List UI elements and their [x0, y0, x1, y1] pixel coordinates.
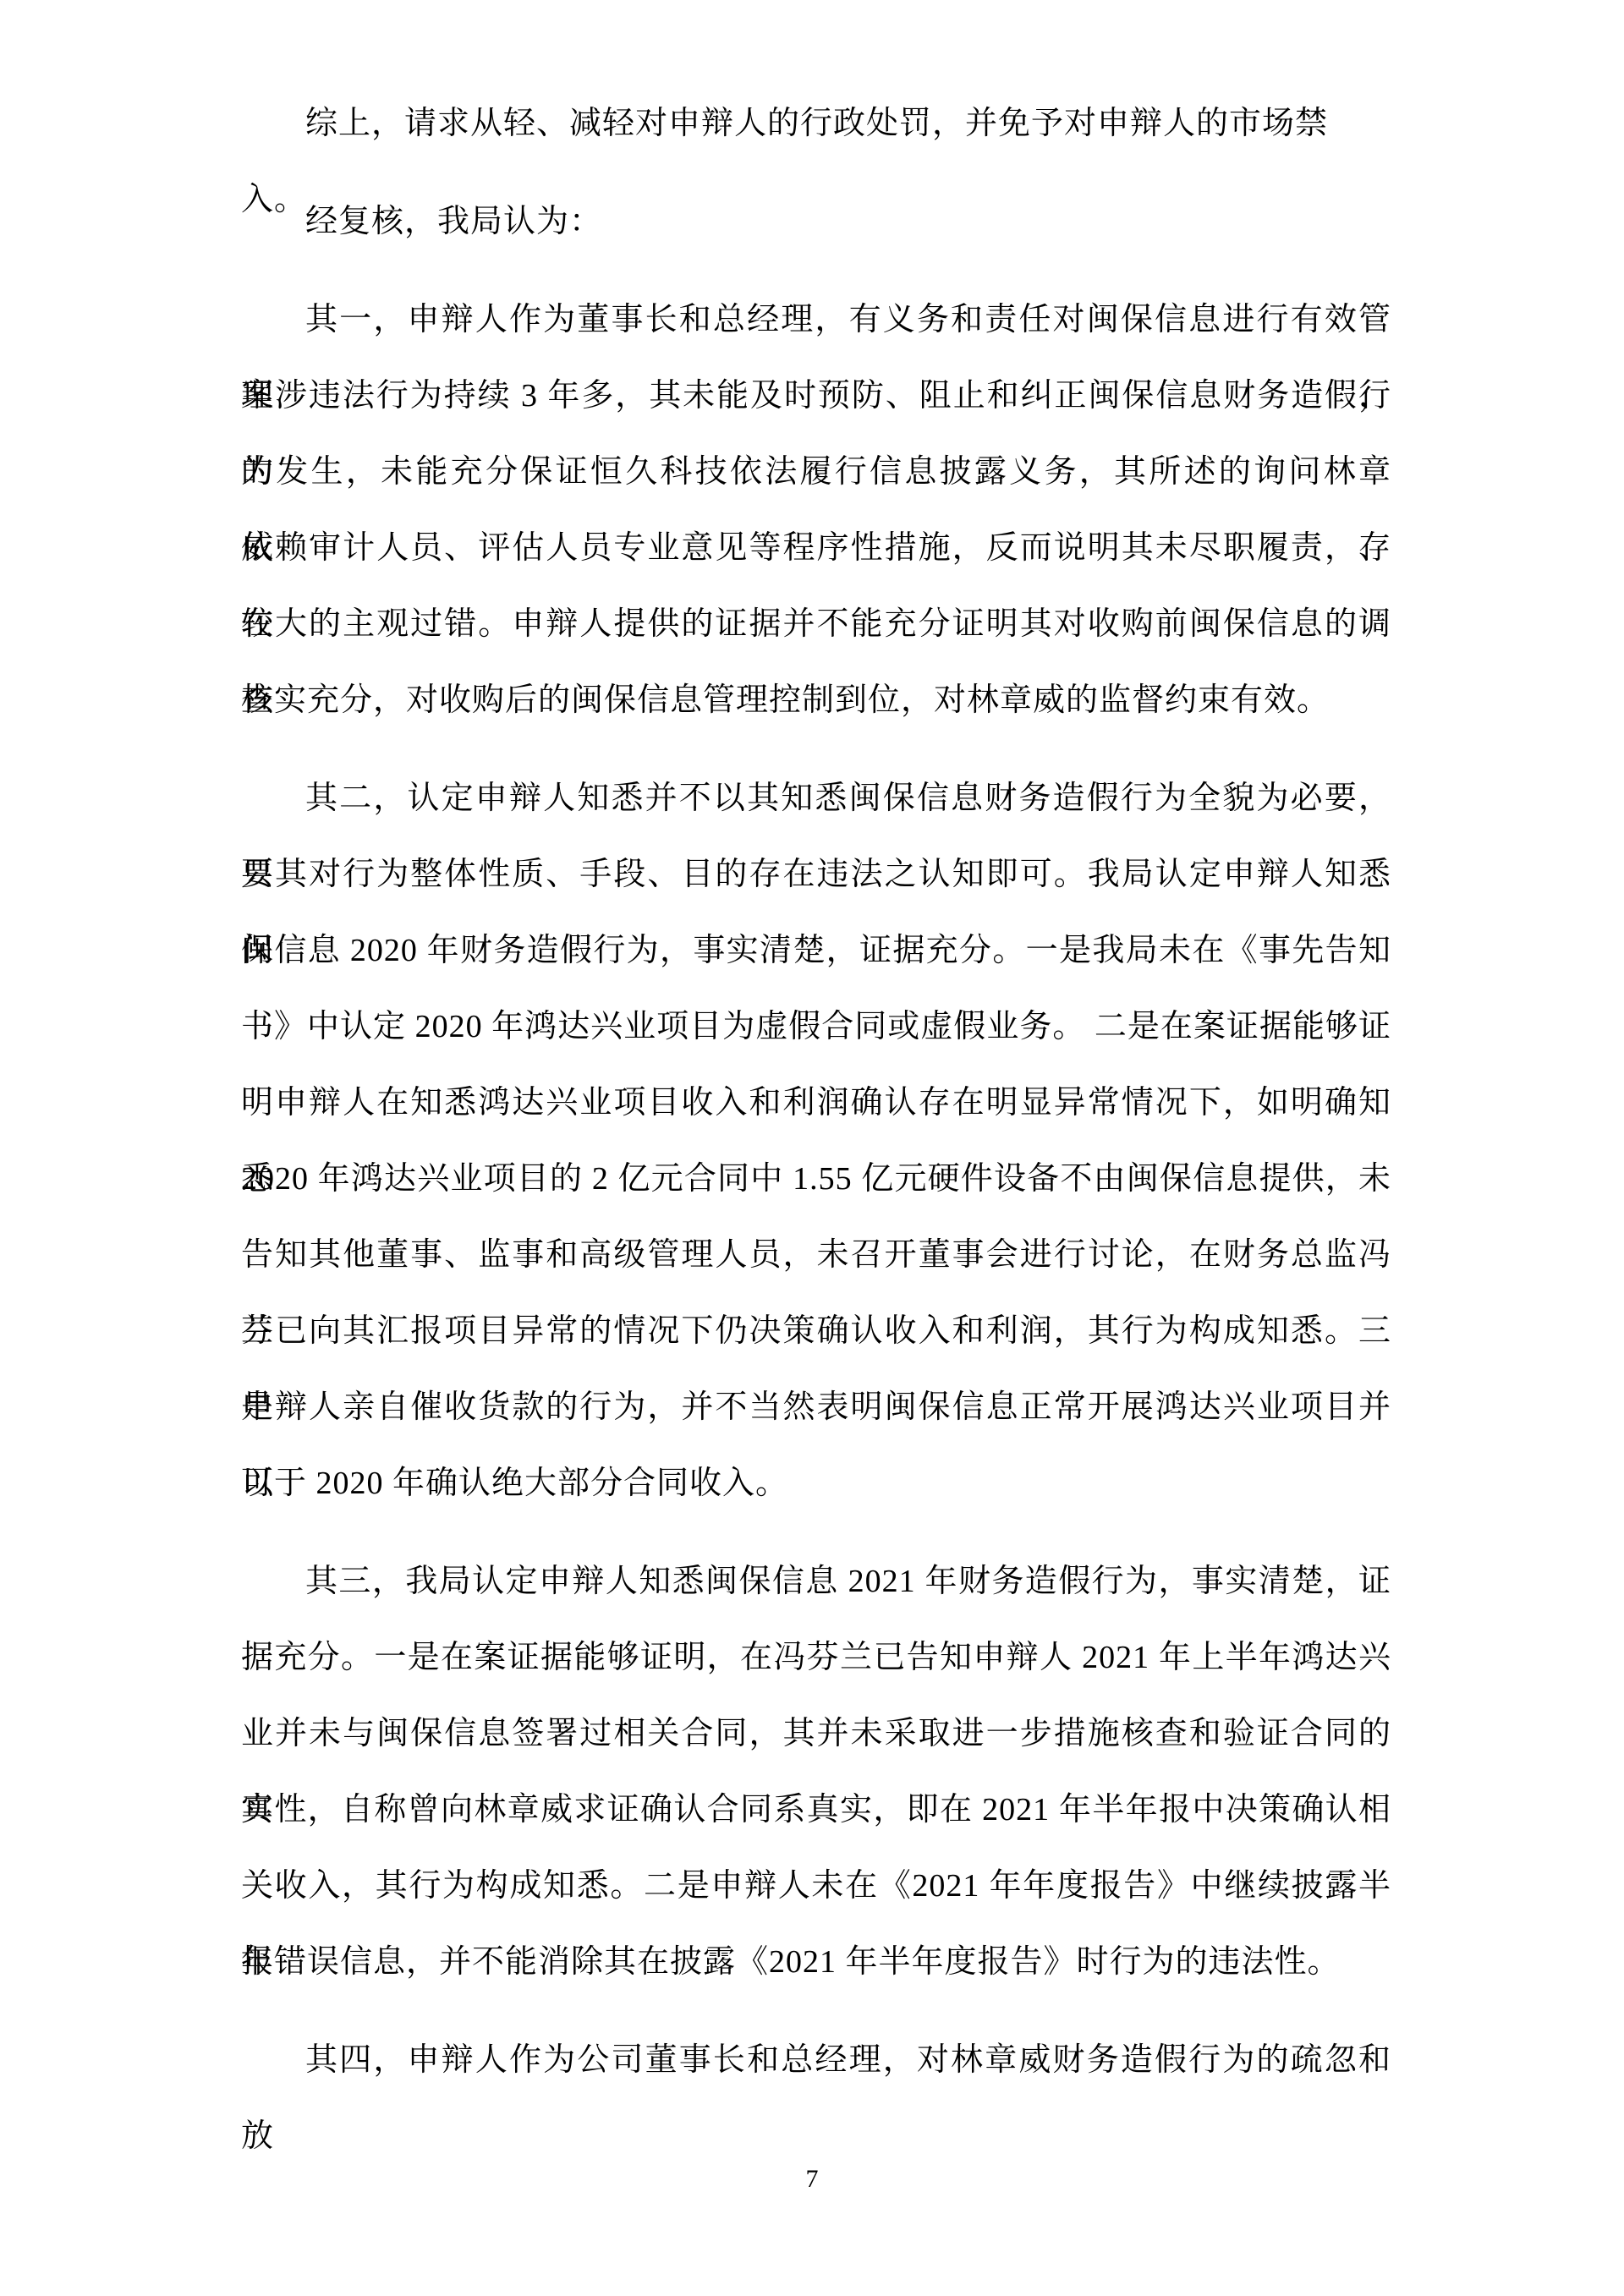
text-line: 明申辩人在知悉鸿达兴业项目收入和利润确认存在明显异常情况下，如明确知悉: [241, 1065, 1391, 1141]
text-line: 其一，申辩人作为董事长和总经理，有义务和责任对闽保信息进行有效管理，: [241, 282, 1391, 358]
text-line: 综上，请求从轻、减轻对申辩人的行政处罚，并免予对申辩人的市场禁入。: [241, 85, 1391, 162]
text-line: 业并未与闽保信息签署过相关合同，其并未采取进一步措施核查和验证合同的真: [241, 1696, 1391, 1772]
paragraph: 其三，我局认定申辩人知悉闽保信息 2021 年财务造假行为，事实清楚，证据充分。…: [241, 1543, 1391, 2000]
text-line: 报错误信息，并不能消除其在披露《2021 年半年度报告》时行为的违法性。: [241, 1924, 1391, 2000]
text-line: 核实充分，对收购后的闽保信息管理控制到位，对林章威的监督约束有效。: [241, 662, 1391, 738]
text-line: 2020 年鸿达兴业项目的 2 亿元合同中 1.55 亿元硬件设备不由闽保信息提…: [241, 1141, 1391, 1217]
text-line: 其二，认定申辩人知悉并不以其知悉闽保信息财务造假行为全貌为必要，只: [241, 760, 1391, 836]
text-line: 的发生，未能充分保证恒久科技依法履行信息披露义务，其所述的询问林章威、: [241, 434, 1391, 510]
document-page: 综上，请求从轻、减轻对申辩人的行政处罚，并免予对申辩人的市场禁入。经复核，我局认…: [0, 0, 1624, 2296]
text-line: 案涉违法行为持续 3 年多，其未能及时预防、阻止和纠正闽保信息财务造假行为: [241, 358, 1391, 434]
text-line: 告知其他董事、监事和高级管理人员，未召开董事会进行讨论，在财务总监冯芬: [241, 1217, 1391, 1293]
text-line: 其三，我局认定申辩人知悉闽保信息 2021 年财务造假行为，事实清楚，证: [241, 1543, 1391, 1619]
text-line: 书》中认定 2020 年鸿达兴业项目为虚假合同或虚假业务。 二是在案证据能够证: [241, 989, 1391, 1065]
page-number: 7: [806, 2165, 819, 2193]
text-line: 依赖审计人员、评估人员专业意见等程序性措施，反而说明其未尽职履责，存在: [241, 510, 1391, 586]
paragraph: 其二，认定申辩人知悉并不以其知悉闽保信息财务造假行为全貌为必要，只要其对行为整体…: [241, 760, 1391, 1521]
text-line: 要其对行为整体性质、手段、目的存在违法之认知即可。我局认定申辩人知悉闽: [241, 836, 1391, 912]
text-line: 申辩人亲自催收货款的行为，并不当然表明闽保信息正常开展鸿达兴业项目并可: [241, 1369, 1391, 1445]
document-body: 综上，请求从轻、减轻对申辩人的行政处罚，并免予对申辩人的市场禁入。经复核，我局认…: [241, 85, 1391, 2120]
page-footer: 7: [0, 2158, 1624, 2200]
paragraph: 其一，申辩人作为董事长和总经理，有义务和责任对闽保信息进行有效管理，案涉违法行为…: [241, 282, 1391, 738]
text-line: 经复核，我局认为：: [241, 184, 1391, 260]
paragraph: 综上，请求从轻、减轻对申辩人的行政处罚，并免予对申辩人的市场禁入。: [241, 85, 1391, 162]
text-line: 据充分。一是在案证据能够证明，在冯芬兰已告知申辩人 2021 年上半年鸿达兴: [241, 1619, 1391, 1696]
text-line: 其四，申辩人作为公司董事长和总经理，对林章威财务造假行为的疏忽和放: [241, 2022, 1391, 2098]
paragraph: 经复核，我局认为：: [241, 184, 1391, 260]
text-line: 兰已向其汇报项目异常的情况下仍决策确认收入和利润，其行为构成知悉。三是: [241, 1293, 1391, 1369]
text-line: 实性，自称曾向林章威求证确认合同系真实，即在 2021 年半年报中决策确认相: [241, 1772, 1391, 1848]
paragraph: 其四，申辩人作为公司董事长和总经理，对林章威财务造假行为的疏忽和放: [241, 2022, 1391, 2098]
text-line: 较大的主观过错。申辩人提供的证据并不能充分证明其对收购前闽保信息的调查: [241, 586, 1391, 662]
text-line: 保信息 2020 年财务造假行为，事实清楚，证据充分。一是我局未在《事先告知: [241, 912, 1391, 989]
text-line: 关收入，其行为构成知悉。二是申辩人未在《2021 年年度报告》中继续披露半年: [241, 1848, 1391, 1924]
text-line: 以于 2020 年确认绝大部分合同收入。: [241, 1445, 1391, 1521]
